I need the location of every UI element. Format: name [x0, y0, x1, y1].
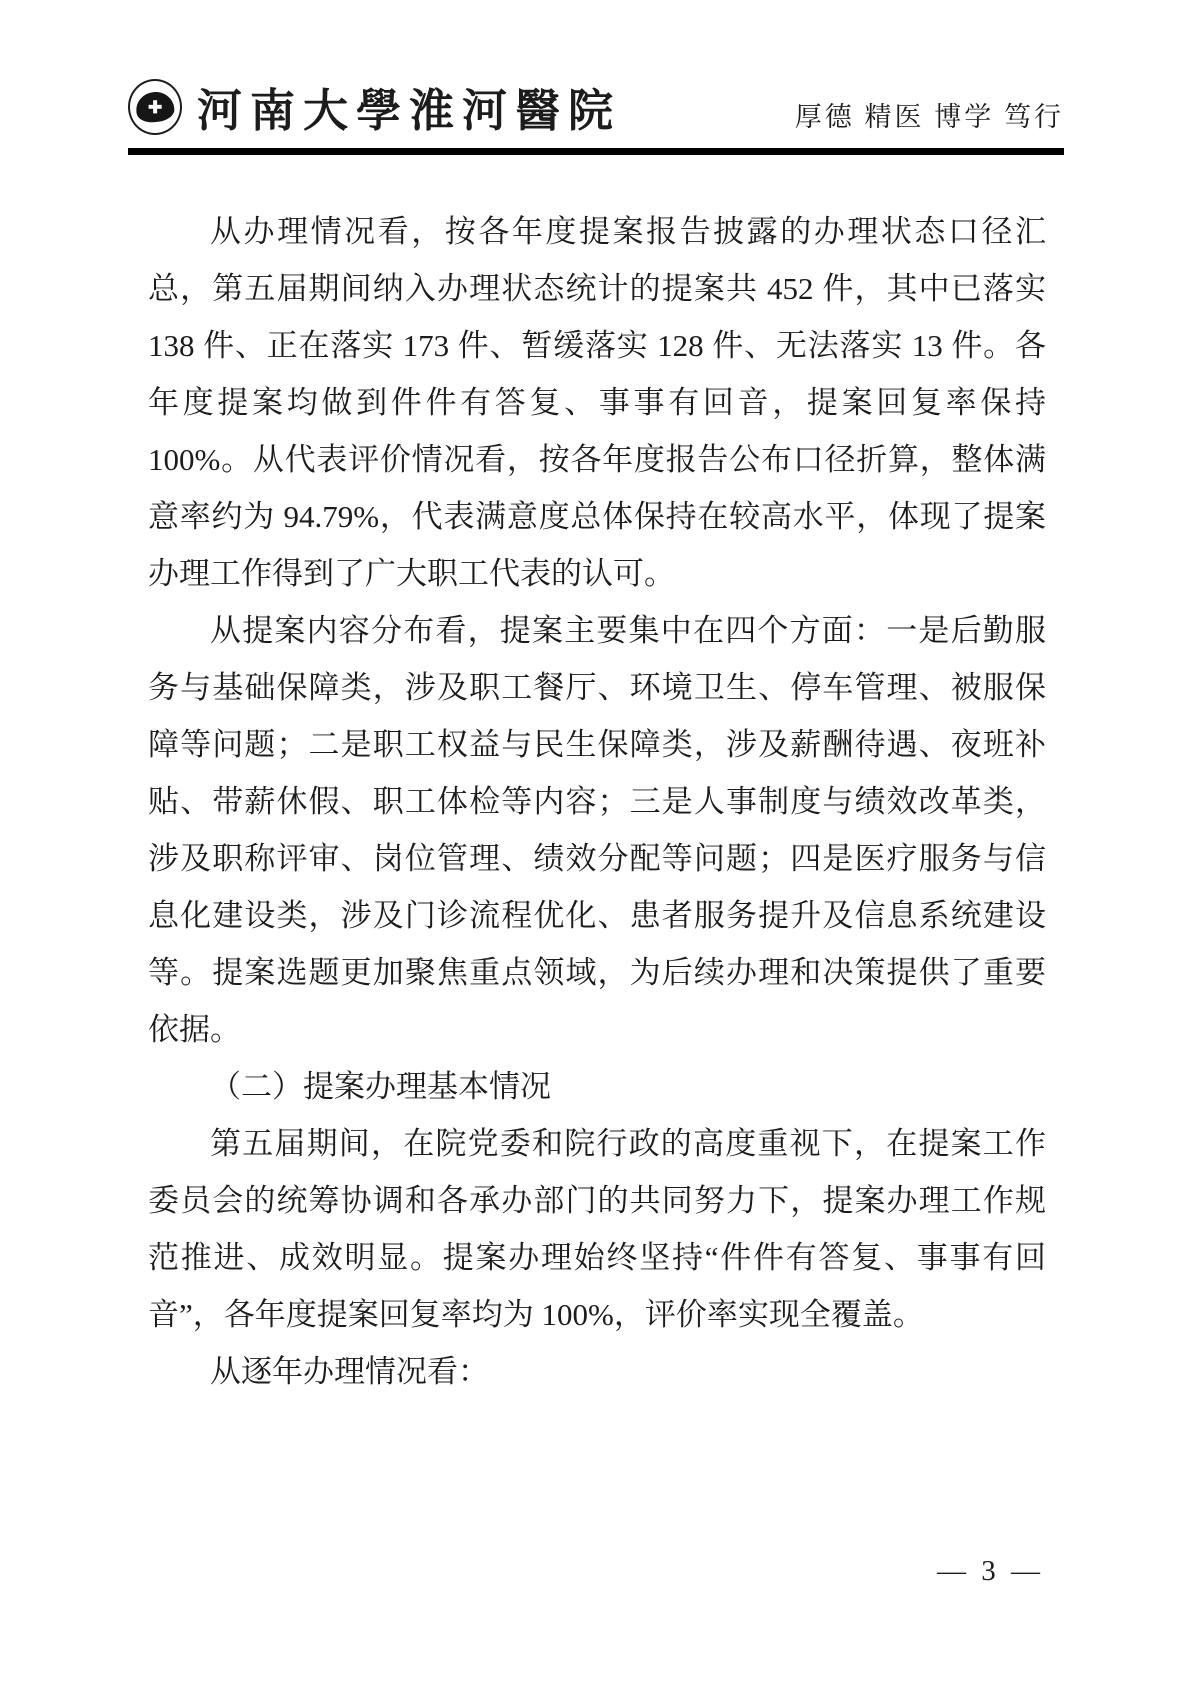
hospital-name: 河南大學淮河醫院	[197, 74, 621, 139]
hospital-emblem-icon: ✚	[128, 79, 182, 135]
emblem-core: ✚	[135, 90, 176, 124]
paragraph-handling-overview: 从办理情况看，按各年度提案报告披露的办理状态口径汇总，第五届期间纳入办理状态统计…	[148, 203, 1046, 602]
hospital-brand: ✚ 河南大學淮河醫院	[128, 74, 621, 139]
document-page: ✚ 河南大學淮河醫院 厚德 精医 博学 笃行 从办理情况看，按各年度提案报告披露…	[0, 0, 1190, 1683]
paragraph-yearly-lead-in: 从逐年办理情况看：	[148, 1343, 1046, 1400]
section-heading-basic-situation: （二）提案办理基本情况	[148, 1058, 1046, 1115]
hospital-motto: 厚德 精医 博学 笃行	[795, 95, 1064, 134]
page-footer: — 3 —	[937, 1555, 1044, 1588]
document-body: 从办理情况看，按各年度提案报告披露的办理状态口径汇总，第五届期间纳入办理状态统计…	[148, 203, 1046, 1400]
header-divider	[128, 148, 1064, 155]
medical-cross-icon: ✚	[148, 98, 162, 115]
page-number: — 3 —	[937, 1555, 1044, 1587]
paragraph-content-distribution: 从提案内容分布看，提案主要集中在四个方面：一是后勤服务与基础保障类，涉及职工餐厅…	[148, 602, 1046, 1058]
page-header: ✚ 河南大學淮河醫院 厚德 精医 博学 笃行	[128, 74, 1064, 155]
paragraph-fifth-session: 第五届期间，在院党委和院行政的高度重视下，在提案工作委员会的统筹协调和各承办部门…	[148, 1115, 1046, 1343]
